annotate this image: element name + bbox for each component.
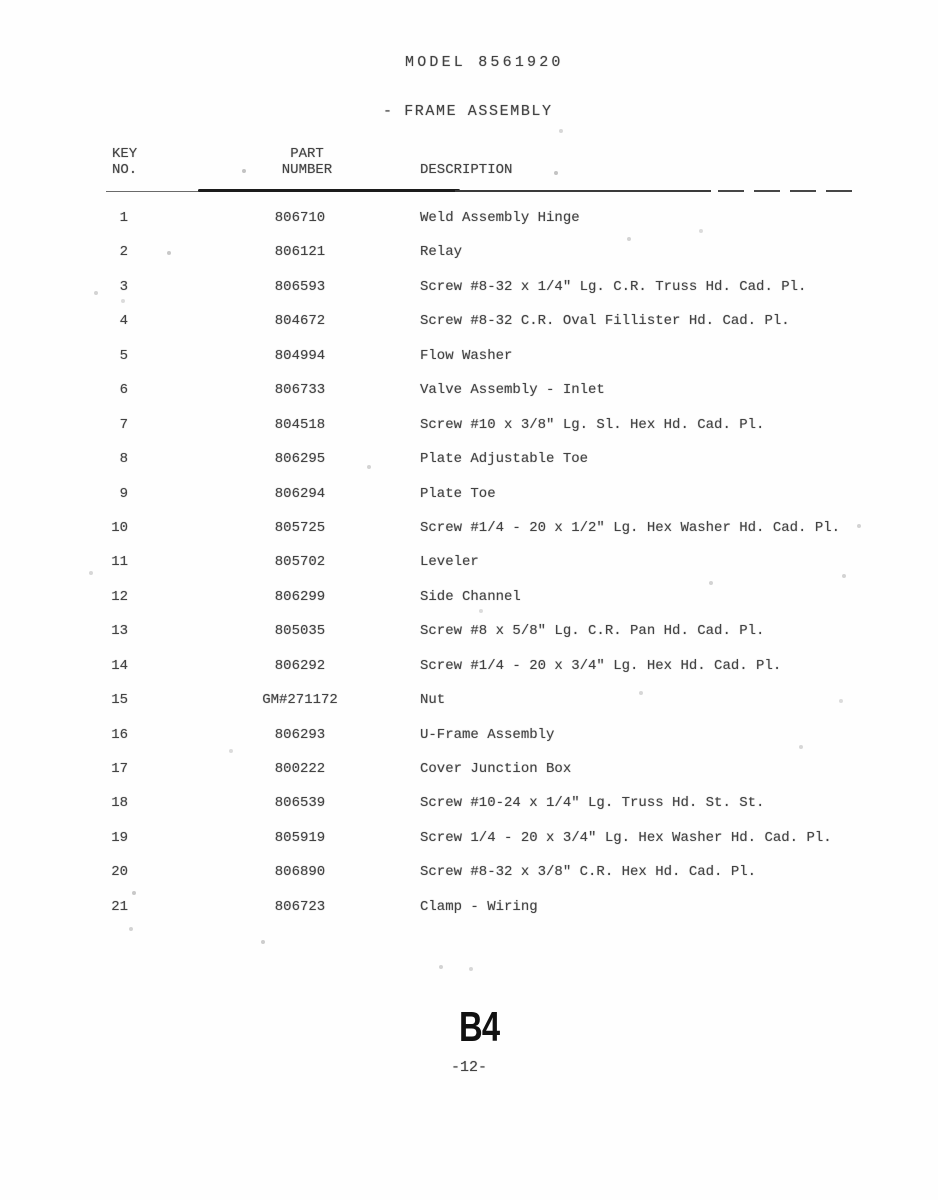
table-row: 4 804672 Screw #8-32 C.R. Oval Fillister…	[0, 310, 938, 344]
table-row: 19 805919 Screw 1/4 - 20 x 3/4" Lg. Hex …	[0, 827, 938, 861]
part-cell: 806121	[250, 244, 350, 260]
part-cell: 806890	[250, 864, 350, 880]
description-cell: Screw #1/4 - 20 x 1/2" Lg. Hex Washer Hd…	[420, 520, 840, 536]
key-cell: 4	[98, 313, 128, 329]
table-row: 8 806295 Plate Adjustable Toe	[0, 448, 938, 482]
part-cell: 806295	[250, 451, 350, 467]
column-header-description: DESCRIPTION	[420, 162, 512, 178]
part-cell: 806292	[250, 658, 350, 674]
description-cell: U-Frame Assembly	[420, 727, 554, 743]
description-cell: Flow Washer	[420, 348, 512, 364]
rule-segment	[455, 190, 711, 192]
description-cell: Screw #8-32 x 3/8" C.R. Hex Hd. Cad. Pl.	[420, 864, 756, 880]
table-row: 15 GM#271172 Nut	[0, 689, 938, 723]
key-cell: 12	[98, 589, 128, 605]
part-cell: 806299	[250, 589, 350, 605]
key-cell: 10	[98, 520, 128, 536]
column-header-key-line1: KEY	[112, 146, 137, 162]
key-cell: 14	[98, 658, 128, 674]
rule-segment	[106, 191, 202, 192]
description-cell: Screw #8 x 5/8" Lg. C.R. Pan Hd. Cad. Pl…	[420, 623, 764, 639]
part-cell: 804672	[250, 313, 350, 329]
key-cell: 7	[98, 417, 128, 433]
description-cell: Clamp - Wiring	[420, 899, 538, 915]
column-header-key-no: KEYNO.	[112, 146, 137, 178]
scan-noise-specks	[0, 0, 2, 2]
part-cell: 805919	[250, 830, 350, 846]
table-row: 11 805702 Leveler	[0, 551, 938, 585]
key-cell: 2	[98, 244, 128, 260]
part-cell: 806710	[250, 210, 350, 226]
page-number: -12-	[451, 1059, 487, 1076]
part-cell: 804994	[250, 348, 350, 364]
table-row: 1 806710 Weld Assembly Hinge	[0, 207, 938, 241]
table-row: 6 806733 Valve Assembly - Inlet	[0, 379, 938, 413]
description-cell: Screw #10-24 x 1/4" Lg. Truss Hd. St. St…	[420, 795, 764, 811]
scanned-parts-list-page: MODEL 8561920 - FRAME ASSEMBLY KEYNO. PA…	[0, 0, 938, 1200]
description-cell: Relay	[420, 244, 462, 260]
key-cell: 16	[98, 727, 128, 743]
table-row: 2 806121 Relay	[0, 241, 938, 275]
key-cell: 9	[98, 486, 128, 502]
key-cell: 18	[98, 795, 128, 811]
description-cell: Leveler	[420, 554, 479, 570]
table-row: 5 804994 Flow Washer	[0, 345, 938, 379]
key-cell: 5	[98, 348, 128, 364]
table-row: 14 806292 Screw #1/4 - 20 x 3/4" Lg. Hex…	[0, 655, 938, 689]
column-header-part-line2: NUMBER	[272, 162, 342, 178]
description-cell: Plate Toe	[420, 486, 496, 502]
key-cell: 13	[98, 623, 128, 639]
parts-table-body: 1 806710 Weld Assembly Hinge 2 806121 Re…	[0, 207, 938, 930]
key-cell: 17	[98, 761, 128, 777]
part-cell: 806539	[250, 795, 350, 811]
key-cell: 21	[98, 899, 128, 915]
description-cell: Screw 1/4 - 20 x 3/4" Lg. Hex Washer Hd.…	[420, 830, 832, 846]
description-cell: Nut	[420, 692, 445, 708]
part-cell: 804518	[250, 417, 350, 433]
part-cell: 805702	[250, 554, 350, 570]
table-row: 12 806299 Side Channel	[0, 586, 938, 620]
table-row: 3 806593 Screw #8-32 x 1/4" Lg. C.R. Tru…	[0, 276, 938, 310]
description-cell: Screw #10 x 3/8" Lg. Sl. Hex Hd. Cad. Pl…	[420, 417, 764, 433]
description-cell: Screw #8-32 x 1/4" Lg. C.R. Truss Hd. Ca…	[420, 279, 806, 295]
column-header-part-line1: PART	[272, 146, 342, 162]
table-row: 16 806293 U-Frame Assembly	[0, 724, 938, 758]
model-title: MODEL 8561920	[405, 54, 564, 71]
rule-segment	[718, 190, 860, 192]
column-header-key-line2: NO.	[112, 162, 137, 178]
column-header-part-number: PARTNUMBER	[272, 146, 342, 178]
table-row: 10 805725 Screw #1/4 - 20 x 1/2" Lg. Hex…	[0, 517, 938, 551]
part-cell: GM#271172	[250, 692, 350, 708]
key-cell: 15	[98, 692, 128, 708]
table-row: 18 806539 Screw #10-24 x 1/4" Lg. Truss …	[0, 792, 938, 826]
description-cell: Valve Assembly - Inlet	[420, 382, 605, 398]
key-cell: 20	[98, 864, 128, 880]
table-row: 20 806890 Screw #8-32 x 3/8" C.R. Hex Hd…	[0, 861, 938, 895]
part-cell: 806293	[250, 727, 350, 743]
description-cell: Screw #1/4 - 20 x 3/4" Lg. Hex Hd. Cad. …	[420, 658, 781, 674]
table-row: 13 805035 Screw #8 x 5/8" Lg. C.R. Pan H…	[0, 620, 938, 654]
key-cell: 8	[98, 451, 128, 467]
table-row: 21 806723 Clamp - Wiring	[0, 896, 938, 930]
part-cell: 806723	[250, 899, 350, 915]
description-cell: Weld Assembly Hinge	[420, 210, 580, 226]
description-cell: Screw #8-32 C.R. Oval Fillister Hd. Cad.…	[420, 313, 790, 329]
table-row: 17 800222 Cover Junction Box	[0, 758, 938, 792]
part-cell: 806593	[250, 279, 350, 295]
section-title: - FRAME ASSEMBLY	[383, 103, 553, 120]
key-cell: 19	[98, 830, 128, 846]
description-cell: Cover Junction Box	[420, 761, 571, 777]
part-cell: 806733	[250, 382, 350, 398]
footer-plate-mark: B4	[459, 1003, 499, 1051]
key-cell: 1	[98, 210, 128, 226]
key-cell: 11	[98, 554, 128, 570]
part-cell: 806294	[250, 486, 350, 502]
description-cell: Plate Adjustable Toe	[420, 451, 588, 467]
part-cell: 805035	[250, 623, 350, 639]
key-cell: 6	[98, 382, 128, 398]
key-cell: 3	[98, 279, 128, 295]
part-cell: 805725	[250, 520, 350, 536]
rule-segment	[198, 189, 460, 192]
part-cell: 800222	[250, 761, 350, 777]
description-cell: Side Channel	[420, 589, 521, 605]
table-row: 7 804518 Screw #10 x 3/8" Lg. Sl. Hex Hd…	[0, 414, 938, 448]
table-row: 9 806294 Plate Toe	[0, 483, 938, 517]
